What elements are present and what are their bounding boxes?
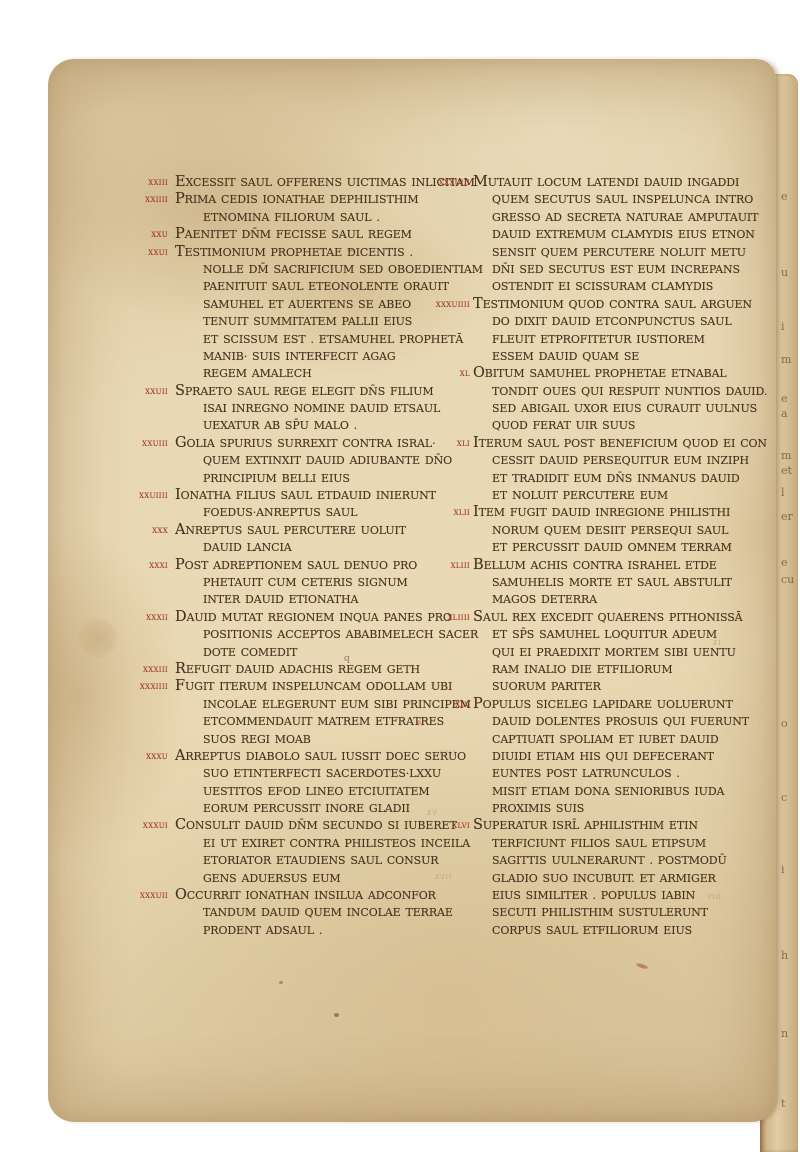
text-line: ITEM FUGIT DAUID INREGIONE PHILISTHI [473, 504, 743, 521]
chapter-numeral: xlv [425, 696, 470, 713]
capitulum-entry: xxiiiiPRIMA CEDIS IONATHAE DEPHILISTHIME… [123, 191, 425, 226]
chapter-numeral: xxxii [123, 609, 168, 626]
fore-edge-letter: e [781, 191, 799, 203]
text-line: BELLUM ACHIS CONTRA ISRAHEL ETDE [473, 557, 743, 574]
text-line: CESSIT DAUID PERSEQUITUR EUM INZIPH [492, 452, 743, 469]
text-line: PHETAUIT CUM CETERIS SIGNUM [203, 574, 425, 591]
fore-edge-letter: l [781, 487, 799, 499]
text-line: PRIMA CEDIS IONATHAE DEPHILISTHIM [175, 191, 425, 208]
text-line: UESTITOS EFOD LINEO ETCIUITATEM [203, 783, 425, 800]
text-line: MANIB· SUIS INTERFECIT AGAG [203, 348, 425, 365]
chapter-numeral: xliiii [425, 609, 470, 626]
capitulum-entry: xxxuARREPTUS DIABOLO SAUL IUSSIT DOEC SE… [123, 748, 425, 818]
text-line: EI UT EXIRET CONTRA PHILISTEOS INCEILA [203, 835, 425, 852]
fore-edge-letter: cu [781, 574, 799, 586]
text-line: EIUS SIMILITER . POPULUS IABIN [492, 887, 743, 904]
text-line: TONDIT OUES QUI RESPUIT NUNTIOS DAUID. [492, 383, 743, 400]
text-line: DOTE COMEDIT [203, 644, 425, 661]
text-line: TESTIMONIUM QUOD CONTRA SAUL ARGUEN [473, 296, 743, 313]
text-line: PROXIMIS SUIS [492, 800, 743, 817]
text-line: NORUM QUEM DESIIT PERSEQUI SAUL [492, 522, 743, 539]
text-line: EUNTES POST LATRUNCULOS . [492, 765, 743, 782]
text-line: REGEM AMALECH [203, 365, 425, 382]
capitulum-entry: xxxiiDAUID MUTAT REGIONEM INQUA PANES PR… [123, 609, 425, 661]
text-line: GENS ADUERSUS EUM [203, 870, 425, 887]
text-line: SPRAETO SAUL REGE ELEGIT DN̄S FILIUM [175, 383, 425, 400]
text-line: CORPUS SAUL ETFILIORUM EIUS [492, 922, 743, 939]
text-line: QUEM EXTINXIT DAUID ADIUBANTE DN̄O [203, 452, 425, 469]
text-line: CONSULIT DAUID DN̄M SECUNDO SI IUBERET [175, 817, 425, 834]
chapter-numeral: xxxuiii [425, 174, 470, 191]
text-line: ET SP̄S SAMUHEL LOQUITUR ADEUM [492, 626, 743, 643]
capitulum-entry: xxxANREPTUS SAUL PERCUTERE UOLUITDAUID L… [123, 522, 425, 557]
manuscript-photo: { "document": { "kind": "medieval manusc… [0, 0, 800, 1152]
text-line: ET PERCUSSIT DAUID OMNEM TERRAM [492, 539, 743, 556]
text-line: SAUL REX EXCEDIT QUAERENS PITHONISSĀ [473, 609, 743, 626]
text-line: QUI EI PRAEDIXIT MORTEM SIBI UENTU [492, 644, 743, 661]
capitulum-entry: xxxiPOST ADREPTIONEM SAUL DENUO PROPHETA… [123, 557, 425, 609]
text-line: SUORUM PARITER [492, 678, 743, 695]
text-line: MUTAUIT LOCUM LATENDI DAUID INGADDI [473, 174, 743, 191]
text-line: SUOS REGI MOAB [203, 731, 425, 748]
text-line: PRINCIPIUM BELLI EIUS [203, 470, 425, 487]
fore-edge-letter: t [781, 1098, 799, 1110]
text-line: RAM INALIO DIE ETFILIORUM [492, 661, 743, 678]
text-line: QUOD FERAT UIR SUUS [492, 417, 743, 434]
capitulum-entry: xxxiiiiFUGIT ITERUM INSPELUNCAM ODOLLAM … [123, 678, 425, 748]
text-line: NOLLE DM̄ SACRIFICIUM SED OBOEDIENTIAM [203, 261, 425, 278]
stain [279, 981, 283, 984]
fore-edge-letter: u [781, 267, 799, 279]
capitulum-entry: xxuiiSPRAETO SAUL REGE ELEGIT DN̄S FILIU… [123, 383, 425, 435]
chapter-numeral: xxxiiii [123, 678, 168, 695]
text-line: TANDUM DAUID QUEM INCOLAE TERRAE [203, 904, 425, 921]
chapter-numeral: xxxu [123, 748, 168, 765]
text-line: INCOLAE ELEGERUNT EUM SIBI PRINCIPEM [203, 696, 425, 713]
chapter-numeral: xli [425, 435, 470, 452]
chapter-numeral: xxuiii [123, 435, 168, 452]
text-line: OCCURRIT IONATHAN INSILUA ADCONFOR [175, 887, 425, 904]
capitulum-entry: xliiiBELLUM ACHIS CONTRA ISRAHEL ETDESAM… [425, 557, 743, 609]
fore-edge-letter: c [781, 792, 799, 804]
text-line: DIUIDI ETIAM HIS QUI DEFECERANT [492, 748, 743, 765]
text-line: ANREPTUS SAUL PERCUTERE UOLUIT [175, 522, 425, 539]
capitulum-entry: xxxuiiiMUTAUIT LOCUM LATENDI DAUID INGAD… [425, 174, 743, 296]
chapter-numeral: xxu [123, 226, 168, 243]
text-line: POST ADREPTIONEM SAUL DENUO PRO [175, 557, 425, 574]
text-line: SAMUHELIS MORTE ET SAUL ABSTULIT [492, 574, 743, 591]
chapter-numeral: xxx [123, 522, 168, 539]
fore-edge-letter: n [781, 1028, 799, 1040]
chapter-numeral: xlii [425, 504, 470, 521]
chapter-numeral: xlvi [425, 817, 470, 834]
capitulum-entry: xlOBITUM SAMUHEL PROPHETAE ETNABALTONDIT… [425, 365, 743, 435]
capitulum-entry: xliiITEM FUGIT DAUID INREGIONE PHILISTHI… [425, 504, 743, 556]
chapter-numeral: xxxui [123, 817, 168, 834]
capitulum-entry: xxuiTESTIMONIUM PROPHETAE DICENTIS .NOLL… [123, 244, 425, 383]
text-line: SUO ETINTERFECTI SACERDOTES·LXXU [203, 765, 425, 782]
fore-edge-letter: i [781, 864, 799, 876]
text-line: GLADIO SUO INCUBUIT. ET ARMIGER [492, 870, 743, 887]
chapter-numeral: xxuii [123, 383, 168, 400]
capitulum-entry: xxuiiiGOLIA SPURIUS SURREXIT CONTRA ISRA… [123, 435, 425, 487]
fore-edge-letter: o [781, 718, 799, 730]
text-line: DAUID LANCIA [203, 539, 425, 556]
text-line: POSITIONIS ACCEPTOS ABABIMELECH SACER [203, 626, 425, 643]
text-line: UEXATUR AB SP̄U MALO . [203, 417, 425, 434]
text-line: OSTENDIT EI SCISSURAM CLAMYDIS [492, 278, 743, 295]
capitulum-entry: xxxiiiREFUGIT DAUID ADACHIS REGEM GETH [123, 661, 425, 678]
text-line: SED ABIGAIL UXOR EIUS CURAUIT UULNUS [492, 400, 743, 417]
capitulum-entry: xlviSUPERATUR ISRL̄ APHILISTHIM ETINTERF… [425, 817, 743, 939]
capitulum-entry: xliiiiSAUL REX EXCEDIT QUAERENS PITHONIS… [425, 609, 743, 696]
text-line: DAUID MUTAT REGIONEM INQUA PANES PRO [175, 609, 425, 626]
text-line: ITERUM SAUL POST BENEFICIUM QUOD EI CON [473, 435, 743, 452]
capitula-column-left: xxiiiEXCESSIT SAUL OFFERENS UICTIMAS INL… [123, 174, 425, 939]
capitula-column-right: xxxuiiiMUTAUIT LOCUM LATENDI DAUID INGAD… [425, 174, 743, 939]
capitulum-entry: xxxuiiiiTESTIMONIUM QUOD CONTRA SAUL ARG… [425, 296, 743, 366]
fore-edge-letter: m [781, 450, 799, 462]
text-line: ETNOMINA FILIORUM SAUL . [203, 209, 425, 226]
text-line: SUPERATUR ISRL̄ APHILISTHIM ETIN [473, 817, 743, 834]
chapter-numeral: xxuiiii [123, 487, 168, 504]
text-line: DAUID EXTREMUM CLAMYDIS EIUS ETNON [492, 226, 743, 243]
text-line: ISAI INREGNO NOMINE DAUID ETSAUL [203, 400, 425, 417]
text-line: FOEDUS·ANREPTUS SAUL [203, 504, 425, 521]
text-line: ET TRADIDIT EUM DN̄S INMANUS DAUID [492, 470, 743, 487]
text-line: PAENITUIT SAUL ETEONOLENTE ORAUIT [203, 278, 425, 295]
text-line: ETCOMMENDAUIT MATREM ETFRATRES [203, 713, 425, 730]
fore-edge-letter: i [781, 321, 799, 333]
text-line: OBITUM SAMUHEL PROPHETAE ETNABAL [473, 365, 743, 382]
text-line: SENSIT QUEM PERCUTERE NOLUIT METU [492, 244, 743, 261]
chapter-numeral: xxiiii [123, 191, 168, 208]
chapter-numeral: xxiii [123, 174, 168, 191]
text-line: FUGIT ITERUM INSPELUNCAM ODOLLAM UBI [175, 678, 425, 695]
text-line: SAMUHEL ET AUERTENS SE ABEO [203, 296, 425, 313]
text-line: DAUID DOLENTES PROSUIS QUI FUERUNT [492, 713, 743, 730]
text-line: EORUM PERCUSSIT INORE GLADII [203, 800, 425, 817]
capitulum-entry: xxxuiCONSULIT DAUID DN̄M SECUNDO SI IUBE… [123, 817, 425, 887]
fore-edge-letter: e [781, 393, 799, 405]
text-line: FLEUIT ETPROFITETUR IUSTIOREM [492, 331, 743, 348]
text-line: CAPTIUATI SPOLIAM ET IUBET DAUID [492, 731, 743, 748]
text-line: MISIT ETIAM DONA SENIORIBUS IUDA [492, 783, 743, 800]
chapter-numeral: xl [425, 365, 470, 382]
text-line: DO DIXIT DAUID ETCONPUNCTUS SAUL [492, 313, 743, 330]
text-line: ARREPTUS DIABOLO SAUL IUSSIT DOEC SERUO [175, 748, 425, 765]
text-line: DN̄I SED SECUTUS EST EUM INCREPANS [492, 261, 743, 278]
text-line: TERFICIUNT FILIOS SAUL ETIPSUM [492, 835, 743, 852]
fore-edge-letter: e [781, 557, 799, 569]
text-line: PAENITET DN̄M FECISSE SAUL REGEM [175, 226, 425, 243]
capitulum-entry: xxxuiiOCCURRIT IONATHAN INSILUA ADCONFOR… [123, 887, 425, 939]
capitulum-entry: xliITERUM SAUL POST BENEFICIUM QUOD EI C… [425, 435, 743, 505]
text-line: GRESSO AD SECRETA NATURAE AMPUTAUIT [492, 209, 743, 226]
text-line: IONATHA FILIUS SAUL ETDAUID INIERUNT [175, 487, 425, 504]
fore-edge-letter: h [781, 950, 799, 962]
capitulum-entry: xxiiiEXCESSIT SAUL OFFERENS UICTIMAS INL… [123, 174, 425, 191]
text-line: GOLIA SPURIUS SURREXIT CONTRA ISRAL· [175, 435, 425, 452]
chapter-numeral: xxxuiiii [425, 296, 470, 313]
text-line: SECUTI PHILISTHIM SUSTULERUNT [492, 904, 743, 921]
text-line: QUEM SECUTUS SAUL INSPELUNCA INTRO [492, 191, 743, 208]
fore-edge-letter: er [781, 511, 799, 523]
capitulum-entry: xxuPAENITET DN̄M FECISSE SAUL REGEM [123, 226, 425, 243]
chapter-numeral: xxui [123, 244, 168, 261]
text-line: EXCESSIT SAUL OFFERENS UICTIMAS INLICITA… [175, 174, 425, 191]
text-line: MAGOS DETERRA [492, 591, 743, 608]
text-line: PRODENT ADSAUL . [203, 922, 425, 939]
chapter-numeral: xxxuii [123, 887, 168, 904]
text-line: TESTIMONIUM PROPHETAE DICENTIS . [175, 244, 425, 261]
text-line: ESSEM DAUID QUAM SE [492, 348, 743, 365]
capitulum-entry: xlvPOPULUS SICELEG LAPIDARE UOLUERUNTDAU… [425, 696, 743, 818]
stain [76, 618, 120, 658]
text-line: ETORIATOR ETAUDIENS SAUL CONSUR [203, 852, 425, 869]
text-line: TENUIT SUMMITATEM PALLII EIUS [203, 313, 425, 330]
text-line: SAGITTIS UULNERARUNT . POSTMODŪ [492, 852, 743, 869]
fore-edge-letter: et [781, 465, 799, 477]
chapter-numeral: xxxiii [123, 661, 168, 678]
fore-edge-letter: m [781, 354, 799, 366]
chapter-numeral: xliii [425, 557, 470, 574]
text-line: ET NOLUIT PERCUTERE EUM [492, 487, 743, 504]
text-line: ET SCISSUM EST . ETSAMUHEL PROPHETĀ [203, 331, 425, 348]
fore-edge-letter: a [781, 408, 799, 420]
text-line: REFUGIT DAUID ADACHIS REGEM GETH [175, 661, 425, 678]
stain [334, 1013, 339, 1017]
chapter-numeral: xxxi [123, 557, 168, 574]
capitulum-entry: xxuiiiiIONATHA FILIUS SAUL ETDAUID INIER… [123, 487, 425, 522]
text-line: POPULUS SICELEG LAPIDARE UOLUERUNT [473, 696, 743, 713]
text-line: INTER DAUID ETIONATHA [203, 591, 425, 608]
